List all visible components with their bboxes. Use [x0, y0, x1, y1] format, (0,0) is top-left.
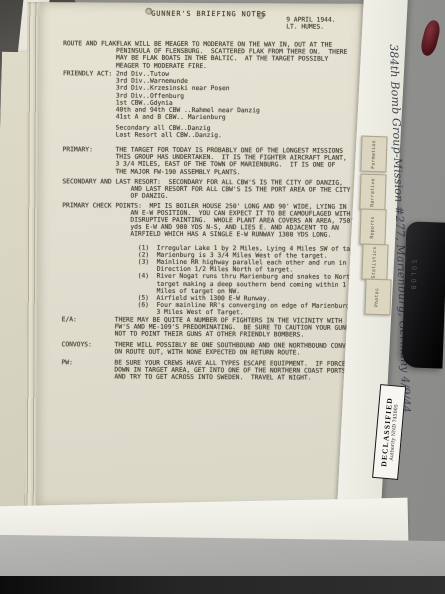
typed-line: MEAGER TO MODERATE FIRE. — [116, 62, 367, 71]
photo-scene: GUNNER'S BRIEFING NOTES 9 APRIL 1944. LT… — [0, 0, 445, 594]
date-block: 9 APRIL 1944. LT. HUMES. — [286, 16, 335, 31]
typed-line: THE MAJOR FW-190 ASSEMBLY PLANTS. — [115, 168, 366, 177]
officer-line: LT. HUMES. — [286, 24, 335, 31]
typed-line: ON ROUTE OUT, WITH NONE EXPECTED ON RETU… — [114, 349, 365, 358]
document-page: GUNNER'S BRIEFING NOTES 9 APRIL 1944. LT… — [37, 2, 370, 509]
typed-line: AND TRY TO GET ACROSS INTO SWEDEN. TRAVE… — [114, 374, 365, 383]
section-convoys: CONVOYS: THERE WILL POSSIBLY BE ONE SOUT… — [61, 341, 365, 357]
section-label: E/A: — [62, 316, 77, 323]
section-secondary-last-resort: SECONDARY AND LAST RESORT: SECONDARY FOR… — [62, 178, 366, 201]
stapler-embossed-text: SOLOB — [409, 259, 418, 291]
folder-tab: Formation — [360, 136, 387, 173]
section-label: SECONDARY AND LAST RESORT: — [62, 178, 161, 186]
folder-tab-label: Reports — [370, 216, 376, 238]
folder-tab-label: Photos — [375, 287, 381, 306]
folder-tab: Narrative — [359, 174, 386, 211]
section-route-and-flak: ROUTE AND FLAK: FLAK WILL BE MEAGER TO M… — [63, 40, 367, 70]
section-label: PRIMARY CHECK POINTS: — [62, 202, 142, 210]
section-body: 2nd Div..Tutow3rd Div..Warnemunde3rd Div… — [116, 71, 367, 123]
section-secondary-list: Secondary all CBW..DanzigLast Resort all… — [63, 124, 367, 140]
typed-line: NOT TO POINT THEIR GUNS AT OTHER FRIENDL… — [115, 331, 366, 340]
section-body: THE TARGET FOR TODAY IS PROBABLY ONE OF … — [115, 147, 366, 177]
section-label: PW: — [61, 359, 72, 366]
section-body: MPI IS BOILER HOUSE 250' LONG AND 90' WI… — [62, 202, 367, 316]
section-enemy-aircraft: E/A: THERE MAY BE QUITE A NUMBER OF FIGH… — [62, 316, 366, 339]
page-title: GUNNER'S BRIEFING NOTES — [151, 10, 266, 19]
typed-line: 41st A and B CBW.. Marienburg — [116, 114, 367, 123]
red-knob — [419, 19, 442, 58]
section-pw: PW: BE SURE YOUR CREWS HAVE ALL TYPES ES… — [61, 359, 365, 382]
section-body: Secondary all CBW..DanzigLast Resort all… — [116, 125, 367, 141]
folder-tab: Photos — [364, 279, 391, 316]
section-body: FLAK WILL BE MEAGER TO MODERATE ON THE W… — [116, 41, 367, 71]
folder-tab-label: Narrative — [370, 178, 376, 207]
section-label: PRIMARY: — [63, 146, 93, 153]
folder-tab: Reports — [359, 209, 386, 246]
section-body: THERE MAY BE QUITE A NUMBER OF FIGHTERS … — [115, 317, 366, 340]
folder-tab: Statistics — [361, 244, 388, 281]
folder-tab-label: Formation — [371, 140, 377, 169]
section-label: CONVOYS: — [62, 341, 92, 348]
section-body: THERE WILL POSSIBLY BE ONE SOUTHBOUND AN… — [114, 342, 365, 358]
section-label: ROUTE AND FLAK: — [63, 40, 120, 48]
section-label: FRIENDLY ACT: — [63, 70, 112, 77]
folder-tab-label: Statistics — [372, 246, 378, 278]
typed-line: OF DANZIG. — [62, 193, 366, 202]
typed-line: Last Resort all CBW..Danzig. — [116, 132, 367, 141]
stapler: SOLOB — [401, 221, 445, 368]
section-primary-check-points: PRIMARY CHECK POINTS: MPI IS BOILER HOUS… — [62, 202, 367, 316]
section-primary: PRIMARY: THE TARGET FOR TODAY IS PROBABL… — [62, 146, 366, 176]
table-edge-shadow — [0, 576, 445, 594]
section-body: BE SURE YOUR CREWS HAVE ALL TYPES ESCAPE… — [114, 360, 365, 383]
section-friendly-act: FRIENDLY ACT: 2nd Div..Tutow3rd Div..War… — [63, 70, 367, 122]
